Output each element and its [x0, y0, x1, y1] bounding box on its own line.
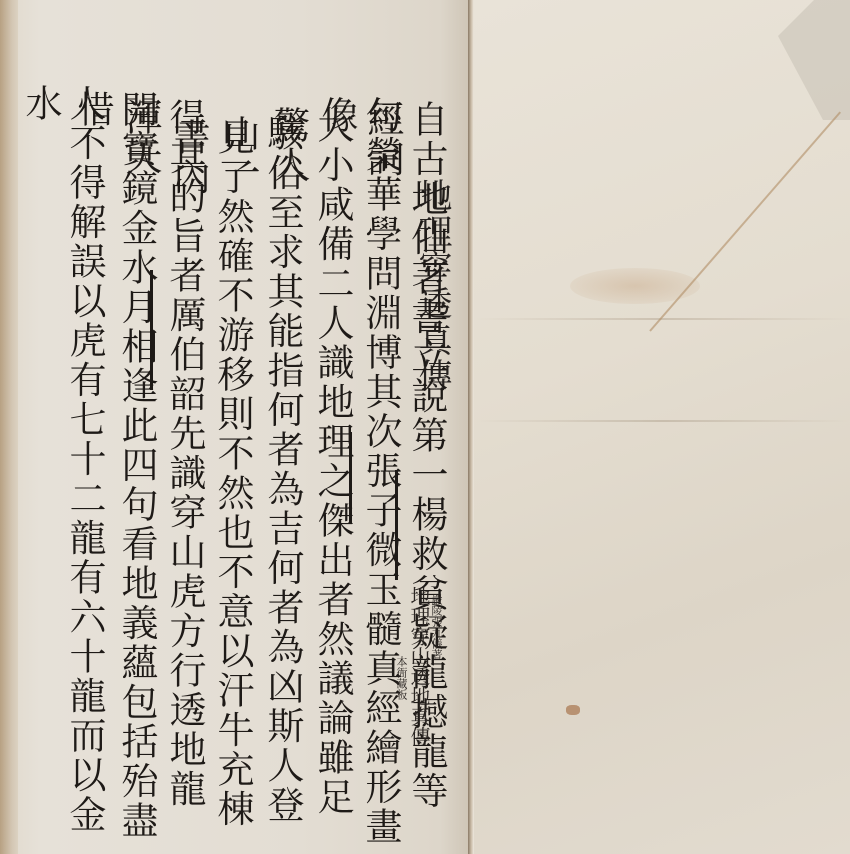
paper-stain: [570, 268, 700, 304]
interlinear-author: 嚴陵張九儀著: [430, 594, 442, 660]
text-column-8: 人不得解誤以虎有七十二龍有六十龍而以金水: [18, 84, 106, 848]
interlinear-book-title: 地理穿山透地真傳: [408, 586, 430, 746]
proper-name-mark: [349, 432, 352, 524]
interlinear-publisher: 本衙藏板: [395, 656, 407, 700]
paper-spot: [566, 705, 580, 715]
right-page: [474, 0, 850, 854]
proper-name-mark: [395, 470, 398, 580]
left-page: 地理穿透真傳 自古地仙著書立說第一楊救貧疑龍撼龍等經詞 句榮華學問淵博其次張子微…: [0, 0, 470, 854]
proper-name-mark: [150, 270, 153, 390]
text-block: 地理穿透真傳 自古地仙著書立說第一楊救貧疑龍撼龍等經詞 句榮華學問淵博其次張子微…: [8, 88, 460, 848]
paper-fold: [476, 318, 850, 320]
torn-corner: [760, 0, 850, 120]
paper-fold: [476, 420, 850, 422]
